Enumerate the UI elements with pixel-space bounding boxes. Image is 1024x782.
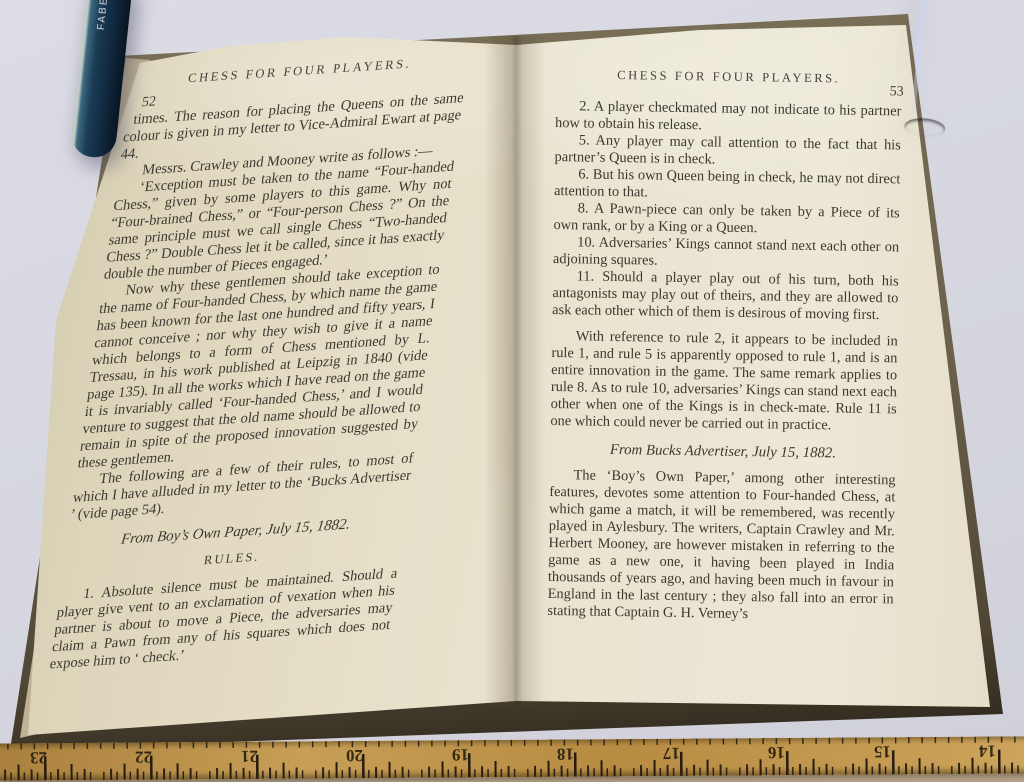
rule-paragraph: 5. Any player may call attention to the …: [554, 132, 900, 171]
running-title: CHESS FOR FOUR PLAYERS.: [617, 68, 840, 86]
ruler-number: 16: [768, 742, 785, 762]
closing-paragraph: The ‘Boy’s Own Paper,’ among other inter…: [547, 467, 895, 625]
left-page-paragraphs: times. The reason for placing the Queens…: [69, 90, 464, 524]
book-gutter-shadow: [484, 36, 546, 706]
ruler-number: 22: [135, 747, 152, 767]
ruler-number: 15: [873, 741, 890, 761]
ruler-number: 18: [557, 744, 574, 764]
ruler-number-row: 23222120191817161514: [0, 740, 1024, 767]
ruler-number: 23: [30, 747, 47, 767]
pen-highlight: [911, 0, 927, 119]
rule-paragraph: 10. Adversaries’ Kings cannot stand next…: [553, 234, 899, 273]
wooden-ruler: 23222120191817161514: [0, 736, 1024, 780]
commentary-paragraph: With reference to rule 2, it appears to …: [550, 328, 898, 435]
rule-paragraph: 8. A Pawn-piece can only be taken by a P…: [553, 200, 899, 239]
ruler-number: 17: [663, 743, 680, 763]
right-page-header: CHESS FOR FOUR PLAYERS. 53: [555, 66, 901, 103]
photo-scene: 52 CHESS FOR FOUR PLAYERS. times. The re…: [0, 0, 1024, 782]
right-page-content: CHESS FOR FOUR PLAYERS. 53 2. A player c…: [547, 66, 902, 625]
rule-paragraph: 2. A player checkmated may not indicate …: [555, 98, 901, 137]
ruler-number: 19: [452, 744, 469, 764]
ruler-number: 21: [241, 746, 258, 766]
pencil-label: FABER: [96, 0, 111, 31]
paragraph: Now why these gentlemen should take exce…: [76, 261, 440, 472]
page-number: 52: [141, 93, 157, 111]
ruler-number: 14: [979, 741, 996, 761]
rule-paragraph: 6. But his own Queen being in check, he …: [554, 166, 900, 205]
page-number: 53: [890, 83, 904, 100]
source-heading: From Bucks Advertiser, July 15, 1882.: [550, 441, 896, 463]
rule-paragraph: 11. Should a player play out of his turn…: [552, 268, 899, 324]
open-book: 52 CHESS FOR FOUR PLAYERS. times. The re…: [0, 0, 1024, 782]
right-page-rules: 2. A player checkmated may not indicate …: [552, 98, 901, 324]
ruler-number: 20: [346, 745, 363, 765]
